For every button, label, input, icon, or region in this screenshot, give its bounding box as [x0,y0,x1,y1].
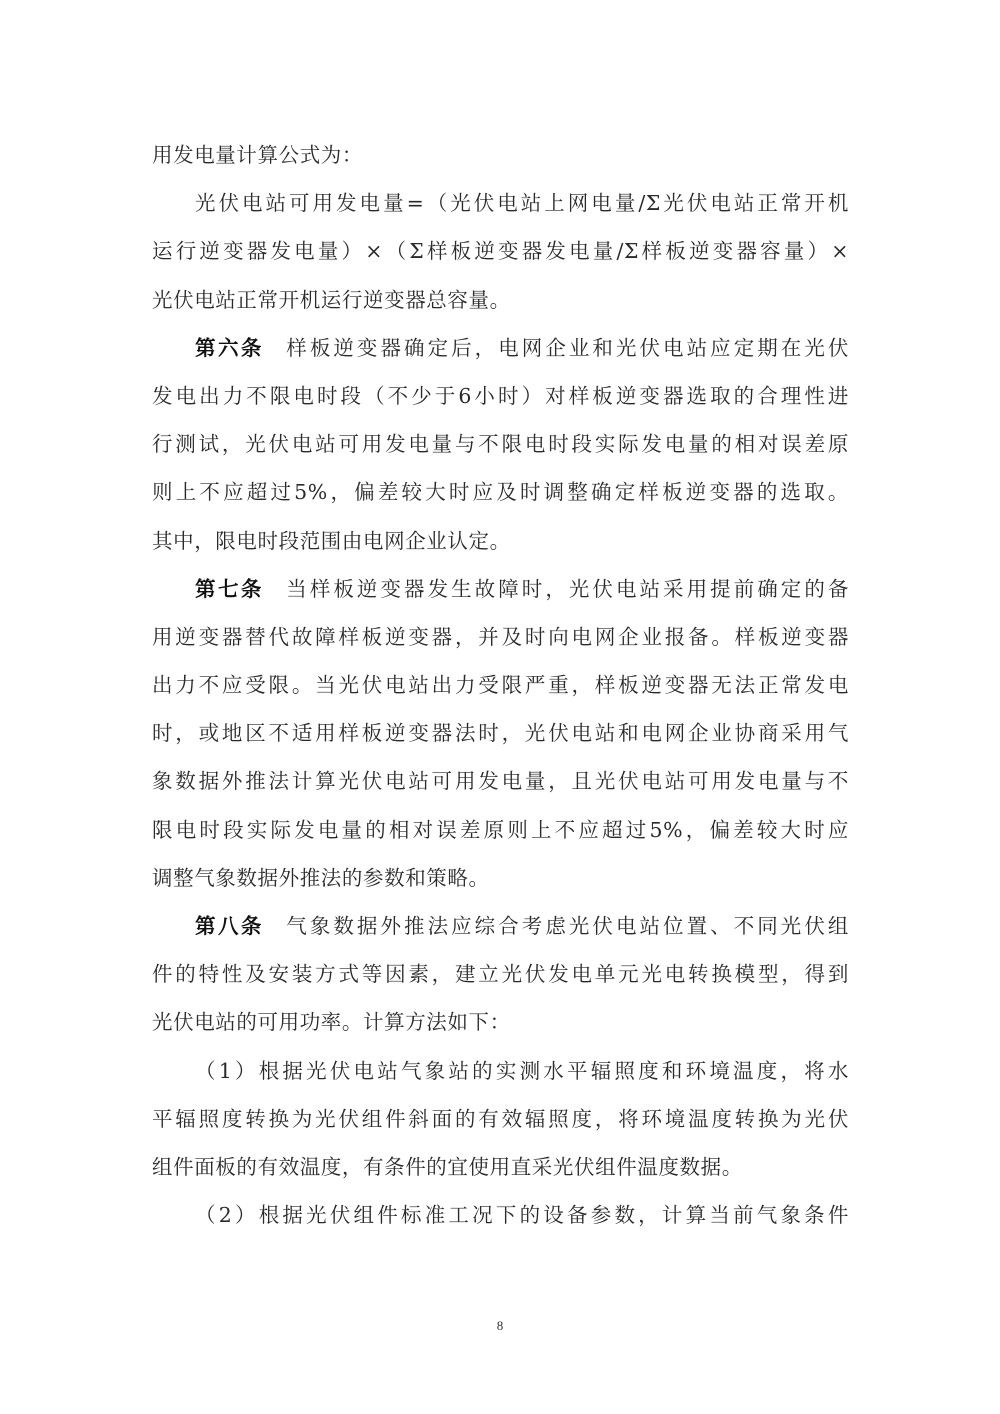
text-line: 象数据外推法计算光伏电站可用发电量，且光伏电站可用发电量与不 [152,757,849,805]
document-page: 用发电量计算公式为： 光伏电站可用发电量=（光伏电站上网电量/Σ光伏电站正常开机… [152,131,849,1239]
text-line: 样板逆变器确定后，电网企业和光伏电站应定期在光伏 [284,336,849,360]
list-item-line: 平辐照度转换为光伏组件斜面的有效辐照度，将环境温度转换为光伏 [152,1095,849,1143]
article-8-first-line: 第八条气象数据外推法应综合考虑光伏电站位置、不同光伏组 [152,902,849,950]
article-7-first-line: 第七条当样板逆变器发生故障时，光伏电站采用提前确定的备 [152,565,849,613]
text-line: 用发电量计算公式为： [152,131,849,179]
text-line: 气象数据外推法应综合考虑光伏电站位置、不同光伏组 [284,914,849,938]
formula-line: 光伏电站正常开机运行逆变器总容量。 [152,276,849,324]
text-line: 件的特性及安装方式等因素，建立光伏发电单元光电转换模型，得到 [152,950,849,998]
article-6-first-line: 第六条样板逆变器确定后，电网企业和光伏电站应定期在光伏 [152,324,849,372]
article-heading: 第八条 [195,914,264,938]
list-item-line: 组件面板的有效温度，有条件的宜使用直采光伏组件温度数据。 [152,1143,849,1191]
formula-line: 光伏电站可用发电量=（光伏电站上网电量/Σ光伏电站正常开机 [152,179,849,227]
text-line: 用逆变器替代故障样板逆变器，并及时向电网企业报备。样板逆变器 [152,613,849,661]
page-number: 8 [0,1318,1000,1334]
text-line: 出力不应受限。当光伏电站出力受限严重，样板逆变器无法正常发电 [152,661,849,709]
text-line: 其中，限电时段范围由电网企业认定。 [152,517,849,565]
formula-line: 运行逆变器发电量）×（Σ样板逆变器发电量/Σ样板逆变器容量）× [152,227,849,275]
text-line: 当样板逆变器发生故障时，光伏电站采用提前确定的备 [284,577,849,601]
text-line: 时，或地区不适用样板逆变器法时，光伏电站和电网企业协商采用气 [152,709,849,757]
text-line: 光伏电站的可用功率。计算方法如下： [152,998,849,1046]
text-line: 发电出力不限电时段（不少于6小时）对样板逆变器选取的合理性进 [152,372,849,420]
article-heading: 第七条 [195,577,264,601]
text-line: 限电时段实际发电量的相对误差原则上不应超过5%，偏差较大时应 [152,806,849,854]
text-line: 调整气象数据外推法的参数和策略。 [152,854,849,902]
text-line: 则上不应超过5%，偏差较大时应及时调整确定样板逆变器的选取。 [152,468,849,516]
article-heading: 第六条 [195,336,264,360]
text-line: 行测试，光伏电站可用发电量与不限电时段实际发电量的相对误差原 [152,420,849,468]
list-item-line: （1）根据光伏电站气象站的实测水平辐照度和环境温度，将水 [152,1047,849,1095]
list-item-line: （2）根据光伏组件标准工况下的设备参数，计算当前气象条件 [152,1191,849,1239]
